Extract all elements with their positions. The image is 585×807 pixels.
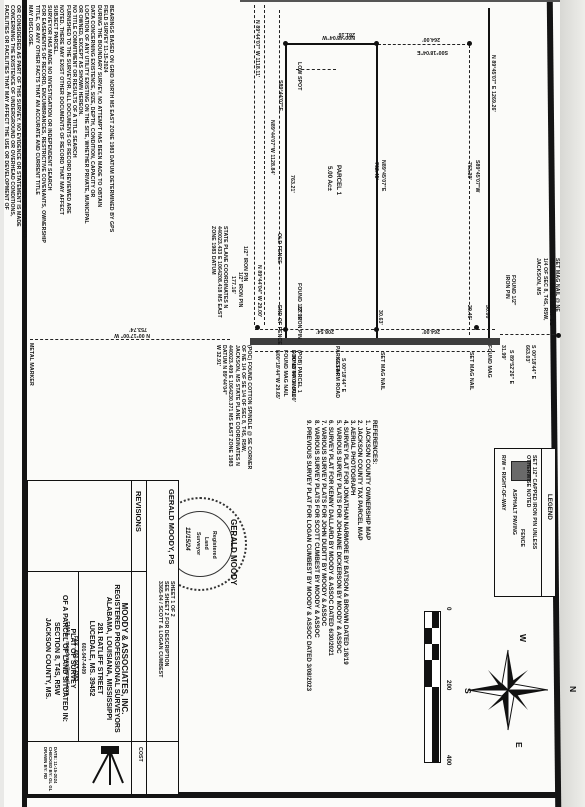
border-top — [240, 0, 560, 2]
bearing-left-label: N 89°44'04" W 29.00' — [256, 265, 262, 317]
legend-box: LEGEND SET 1/2" CAPPED IRON PIN UNLESS O… — [494, 448, 556, 597]
north-arrow-compass — [468, 640, 548, 740]
west-boundary — [285, 43, 287, 341]
corner-pin — [556, 333, 561, 338]
north-boundary — [285, 43, 377, 45]
road-dist-1: 208.54' — [316, 328, 334, 334]
northeast-dist: 264.00' — [422, 36, 440, 42]
legend-item-row: R/W = RIGHT-OF-WAY — [500, 455, 506, 511]
compass-s: S — [463, 688, 473, 694]
reference-item: 3. AERIAL PHOTOGRAPH — [349, 420, 356, 691]
bottom-dist-label: 753.74' — [129, 326, 147, 332]
legend-title: LEGEND — [546, 494, 553, 520]
reference-item: 8. VARIOUS SURVEY PLATS FOR SCOTT CUMBES… — [312, 420, 319, 691]
legend-item-asphalt: ASPHALT PAVING — [511, 489, 517, 535]
title-block: GERALD MOODY, PS REVISIONS SHEET 1 OF 2 … — [27, 480, 179, 795]
set-mag-2: SET MAG NAIL — [468, 352, 474, 390]
reference-item: 7. VARIOUS SURVEY PLATS FOR JOHN DUDITT … — [320, 420, 327, 691]
west-line-2: N89°44'07"W 1128.84' — [269, 120, 275, 175]
reference-item: 6. SURVEY PLAT FOR KENNY DALLARD BY MOOD… — [327, 420, 334, 691]
reference-item: 4. SURVEY PLAT FOR JONATHAN NARMORE BY B… — [342, 420, 349, 691]
corner-pin — [283, 327, 288, 332]
road-bearing: S 00°18'44" E 663.04' — [334, 358, 346, 398]
scale-0: 0 — [445, 607, 452, 610]
reference-item: 9. PREVIOUS SURVEY PLAT FOR LOGAN CUMBES… — [305, 420, 312, 691]
reference-item: 5. VARIOUS SURVEY PLATS FOR JOHANNE DICK… — [334, 420, 341, 691]
iron-pin-2-dist: 177.16' — [230, 276, 236, 294]
found-pin-2: FOUND 1/2" IRON PIN — [504, 275, 516, 315]
north-dist: 281.16' — [337, 31, 355, 37]
asphalt-road — [250, 338, 500, 345]
plat-title: PLAT OF SURVEY — [68, 576, 76, 741]
corner-pin — [374, 41, 379, 46]
datum-bearing: DATUM N 89°44'04" W 32.91' — [215, 345, 227, 395]
set-mag-1: SET MAG NAIL — [379, 352, 385, 390]
seal-line3: Surveyor — [195, 532, 201, 555]
right-dist: 763.39' — [466, 162, 472, 180]
low-spot-label: LOW SPOT — [296, 62, 302, 90]
mid-line: N89°45'07"E — [380, 160, 386, 191]
scale-200: 200 — [445, 680, 452, 690]
surveyor-tripod-icon — [88, 743, 128, 788]
found-mag-2: FOUND MAG — [486, 345, 492, 378]
seal-name: GERALD MOODY — [230, 519, 237, 585]
parcel-area: 5.00 Ac± — [326, 166, 333, 191]
company-name: MOODY & ASSOCIATES, INC. — [120, 576, 128, 741]
east-dashed — [469, 45, 470, 335]
metal-marker-label: METAL MARKER — [28, 343, 34, 386]
surveyor-name: GERALD MOODY, PS — [168, 489, 175, 564]
compass-e: E — [514, 742, 524, 748]
dist-23-95: 23.95' — [296, 306, 302, 321]
west-line-3: N 89°44'07" W 1118.11' — [254, 20, 260, 77]
iron-pin-2-label: 1/2" IRON PIN — [237, 272, 243, 307]
corner-tie — [500, 334, 560, 335]
west-fence-3 — [279, 10, 280, 330]
legend-item-pin: SET 1/2" CAPPED IRON PIN UNLESS OTHERWIS… — [525, 455, 537, 555]
corner-pin — [255, 325, 260, 330]
references: REFERENCES: 1. JACKSON COUNTY OWNERSHIP … — [305, 420, 378, 691]
compass-n: N — [568, 686, 578, 692]
bottom-line — [30, 339, 230, 340]
compass-w: W — [518, 634, 528, 642]
scale-bar — [424, 611, 441, 763]
seal-signature: 11/15/24 — [184, 527, 191, 551]
right-line: S89°45'07"W — [474, 160, 480, 193]
mid-dist: 762.45' — [373, 162, 379, 180]
northeast-bearing: S00°18'04"E — [417, 49, 448, 55]
date-cell: COST — [137, 747, 143, 762]
bearing-89: S 89°52'26" E — [508, 350, 514, 384]
revisions-label: REVISIONS — [135, 491, 142, 532]
parcel-label: PARCEL 1 — [335, 165, 342, 195]
found-mag-label: FOUND MAG NAIL — [282, 350, 288, 397]
sheet-notes: SHEET 1 OF 2 SEE SHEET 2 FOR DESCRIPTION… — [156, 581, 175, 678]
general-notes: BEARINGS BASED ON GRID NORTH MS EAST ZON… — [2, 5, 114, 325]
west-fence-2 — [264, 5, 265, 325]
reference-item: 1. JACKSON COUNTY OWNERSHIP MAP — [363, 420, 370, 691]
dist-50-00: 50.00' — [484, 305, 490, 320]
hooi-bearing: N00°18'44"W 29.65' — [274, 350, 280, 399]
poc-label: (POC) FOUND COTTON SPINDLE @ SE CORNER O… — [227, 345, 252, 475]
dist-29-46: 29.46' — [466, 305, 472, 320]
low-spot-line — [296, 69, 336, 70]
bottom-bearing-label: N 00°17'00" W — [114, 332, 150, 338]
seal-line1: Registered — [211, 531, 217, 559]
state-plane-label: STATE PLANE COORDINATES N 440023.433 E 1… — [209, 226, 228, 326]
bearing-663: S 00°18'44" E 663.03' — [524, 345, 536, 390]
east-line-label: N 89°45'07" E 1269.26' — [490, 55, 496, 112]
dist-30-63: 30.63' — [377, 310, 383, 325]
corner-pin — [374, 327, 379, 332]
corner-pin — [283, 41, 288, 46]
north-extension — [378, 44, 470, 45]
corner-pin — [467, 41, 472, 46]
road-dist-2: 264.00' — [422, 328, 440, 334]
pob-bearing: S 00°18'44" W 50.00' — [290, 350, 296, 402]
reference-item: 2. JACKSON COUNTY TAX PARCEL MAP — [356, 420, 363, 691]
plat-title-info: PLAT OF SURVEY OF A PARCEL OF LAND SITUA… — [43, 576, 76, 741]
end-fence-label: END OF FENCE — [276, 305, 282, 345]
legend-item-fence: FENCE — [519, 529, 525, 547]
old-fence-label: OLD FENCE — [276, 233, 282, 264]
date-info: DATE: 11-15-2024 CHECKED BY: GL GL DRAWN… — [43, 747, 58, 791]
seal-line2: Land — [203, 537, 209, 550]
east-boundary — [376, 43, 378, 341]
corner-pin — [474, 325, 479, 330]
west-dist: 763.21' — [289, 175, 295, 193]
scale-400: 400 — [445, 755, 452, 765]
west-line-1: S89°44'07"E — [277, 80, 283, 111]
set-mag-corner: SET MAG NAIL @ NE CORNER OF NE 1/4 OF SE… — [535, 258, 560, 333]
dist-31-99: 31.99' — [500, 345, 506, 360]
references-title: REFERENCES: — [371, 420, 378, 691]
